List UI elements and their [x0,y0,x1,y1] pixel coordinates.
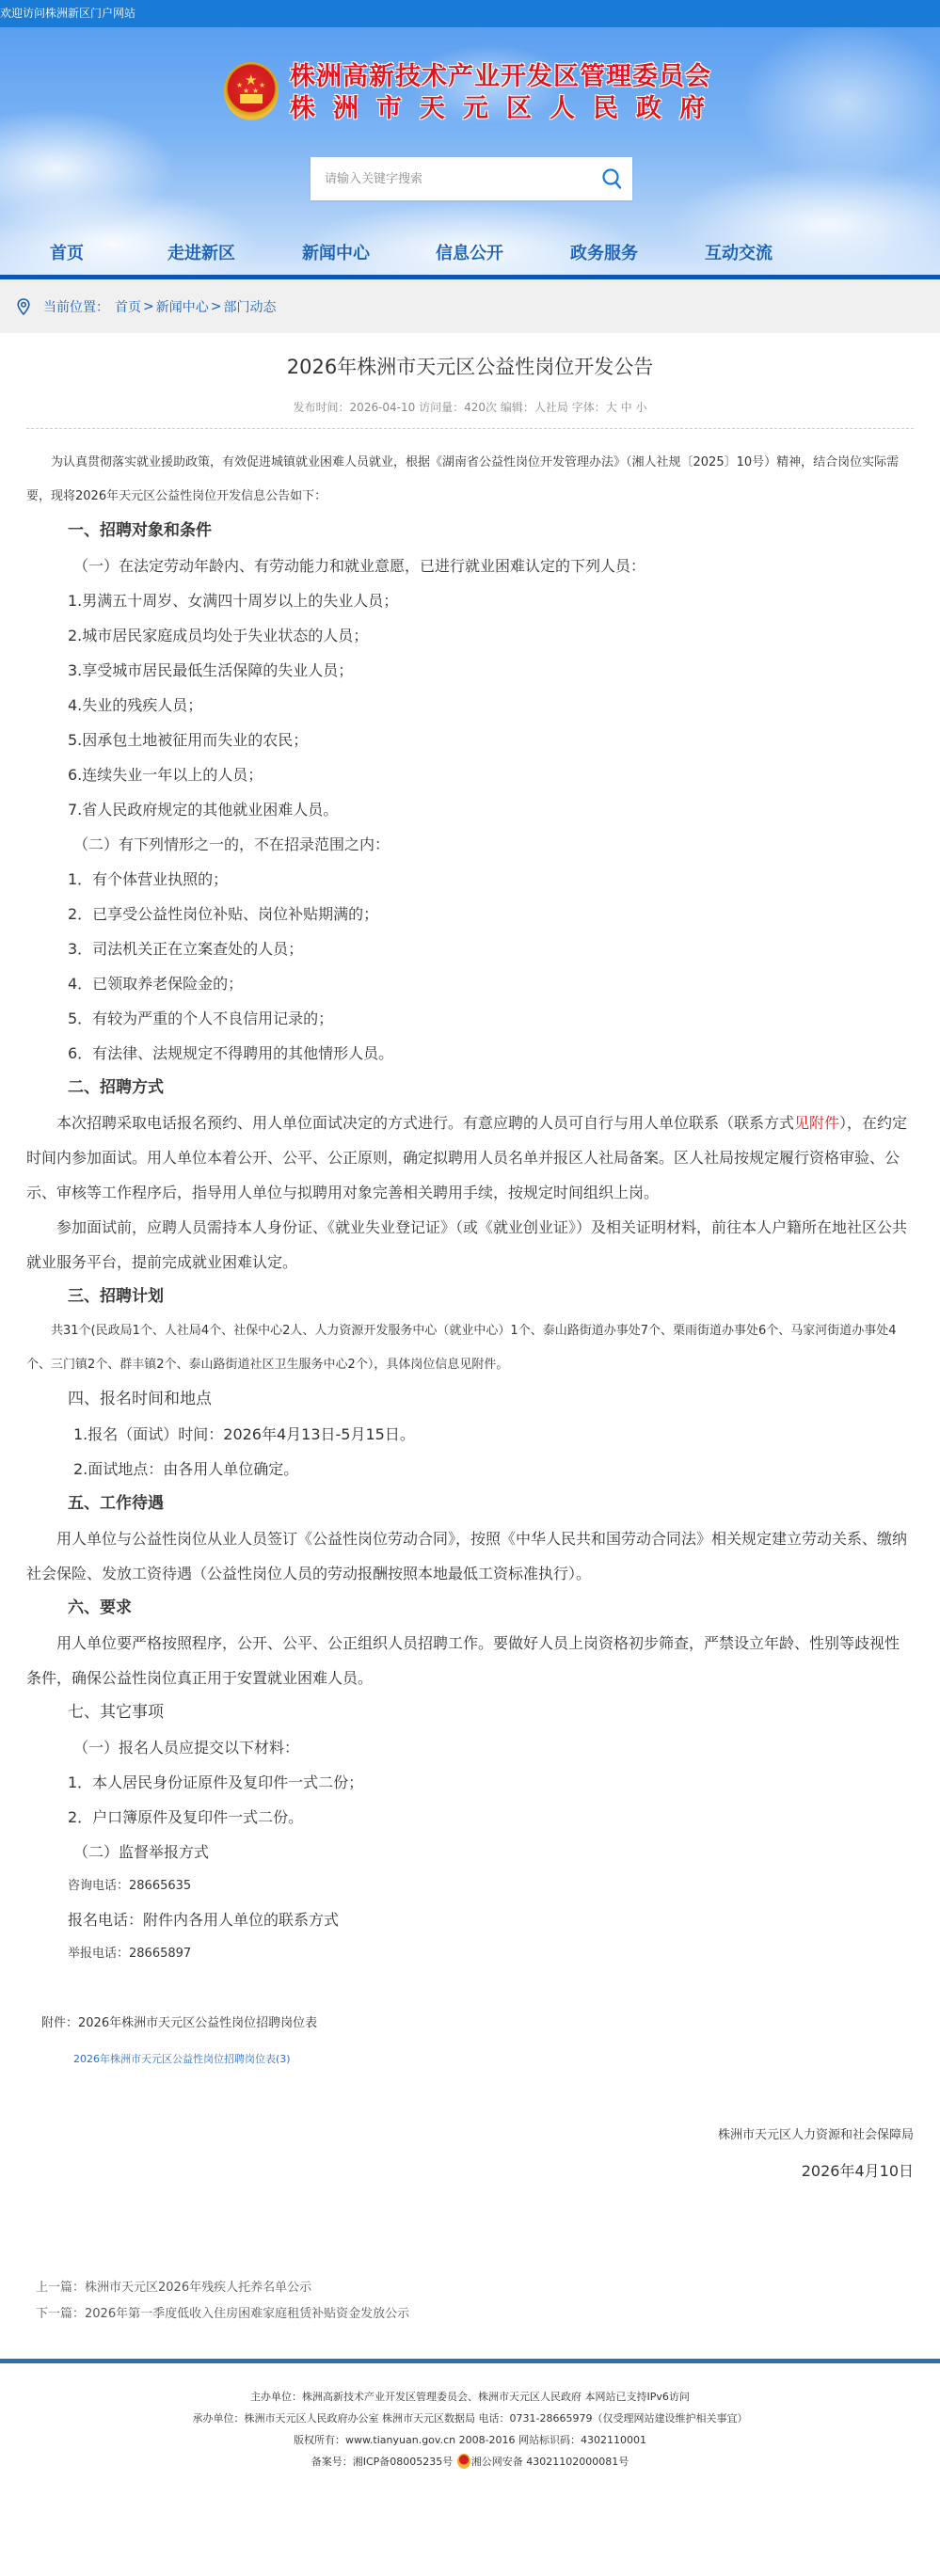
see-attachment-link[interactable]: 见附件 [794,1114,839,1132]
police-badge-icon [457,2454,470,2469]
search-icon [601,167,622,190]
section-heading: 五、工作待遇 [26,1487,914,1521]
list-item: 4.失业的残疾人员； [26,688,914,723]
article: 2026年株洲市天元区公益性岗位开发公告 发布时间：2026-04-10 访问量… [0,352,940,2328]
subsection-heading: （二）监督举报方式 [26,1835,914,1869]
views-label: 访问量： [419,401,464,414]
main-nav: 首页 走进新区 新闻中心 信息公开 政务服务 互动交流 [0,234,940,275]
list-item: 1．有个体营业执照的； [26,862,914,897]
police-filing-link[interactable]: 湘公网安备 43021102000081号 [471,2456,629,2468]
article-meta: 发布时间：2026-04-10 访问量：420次 编辑：人社局 字体：大 中 小 [26,399,914,415]
signature-org: 株洲市天元区人力资源和社会保障局 [26,2124,914,2142]
font-size-large[interactable]: 大 [606,401,617,414]
attachment-label: 附件：2026年株洲市天元区公益性岗位招聘岗位表 [26,2012,914,2030]
breadcrumb: 当前位置： 首页 > 新闻中心 > 部门动态 [0,279,940,333]
search-input[interactable] [311,157,591,200]
nav-item-about[interactable]: 走进新区 [167,240,235,264]
header-banner: ★ ★ ★ ★ ★ 株洲高新技术产业开发区管理委员会 株洲市天元区人民政府 首页… [0,27,940,275]
list-item: 1.报名（面试）时间：2026年4月13日-5月15日。 [26,1417,914,1452]
paragraph: 用人单位与公益性岗位从业人员签订《公益性岗位劳动合同》，按照《中华人民共和国劳动… [26,1521,914,1591]
list-item: 6.连续失业一年以上的人员； [26,757,914,792]
list-item: 3.享受城市居民最低生活保障的失业人员； [26,653,914,688]
editor-label: 编辑： [501,401,534,414]
footer-organizer: 承办单位：株洲市天元区人民政府办公室 株洲市天元区数据局 电话：0731-286… [0,2408,940,2429]
list-item: 2．户口簿原件及复印件一式二份。 [26,1800,914,1835]
icp-link[interactable]: 备案号：湘ICP备08005235号 [311,2456,454,2468]
breadcrumb-news[interactable]: 新闻中心 [156,297,209,316]
nav-item-gov-services[interactable]: 政务服务 [570,240,638,264]
paragraph: 参加面试前，应聘人员需持本人身份证、《就业失业登记证》（或《就业创业证》）及相关… [26,1210,914,1280]
footer-filing: 备案号：湘ICP备08005235号 湘公网安备 43021102000081号 [0,2451,940,2473]
paragraph: 用人单位要严格按照程序，公开、公平、公正组织人员招聘工作。要做好人员上岗资格初步… [26,1626,914,1695]
site-logo[interactable]: ★ ★ ★ ★ ★ 株洲高新技术产业开发区管理委员会 株洲市天元区人民政府 [224,61,723,125]
report-phone: 举报电话：28665897 [26,1937,914,1971]
signup-phone: 报名电话：附件内各用人单位的联系方式 [26,1903,914,1937]
breadcrumb-prefix: 当前位置： [43,297,109,316]
list-item: 7.省人民政府规定的其他就业困难人员。 [26,792,914,827]
font-size-small[interactable]: 小 [635,401,646,414]
location-pin-icon [17,298,30,315]
article-body: 为认真贯彻落实就业援助政策，有效促进城镇就业困难人员就业，根据《湖南省公益性岗位… [26,429,914,1971]
prev-article-link[interactable]: 上一篇：株洲市天元区2026年残疾人托养名单公示 [36,2275,914,2301]
list-item: 1．本人居民身份证原件及复印件一式二份； [26,1765,914,1800]
footer-sponsor: 主办单位：株洲高新技术产业开发区管理委员会、株洲市天元区人民政府 本网站已支持I… [0,2386,940,2408]
section-heading: 七、其它事项 [26,1695,914,1730]
footer-copyright: 版权所有：www.tianyuan.gov.cn 2008-2016 网站标识码… [0,2429,940,2451]
publish-label: 发布时间： [294,401,350,414]
consult-phone: 咨询电话：28665635 [26,1869,914,1903]
nav-item-info-disclosure[interactable]: 信息公开 [436,240,503,264]
nav-item-home[interactable]: 首页 [50,240,84,264]
list-item: 1.男满五十周岁、女满四十周岁以上的失业人员； [26,583,914,618]
view-count: 420次 [464,401,497,414]
font-size-label: 字体： [572,401,606,414]
subsection-heading: （一）报名人员应提交以下材料： [26,1730,914,1765]
breadcrumb-dept-news[interactable]: 部门动态 [223,297,276,316]
list-item: 3．司法机关正在立案查处的人员； [26,931,914,966]
list-item: 5．有较为严重的个人不良信用记录的； [26,1001,914,1036]
top-bar: 欢迎访问株洲新区门户网站 [0,0,940,27]
section-heading: 二、招聘方式 [26,1071,914,1105]
list-item: 2.面试地点：由各用人单位确定。 [26,1452,914,1487]
section-heading: 四、报名时间和地点 [26,1382,914,1417]
font-size-medium[interactable]: 中 [621,401,632,414]
section-heading: 一、招聘对象和条件 [26,514,914,549]
page-title: 2026年株洲市天元区公益性岗位开发公告 [26,352,914,382]
next-article-link[interactable]: 下一篇：2026年第一季度低收入住房困难家庭租赁补贴资金发放公示 [36,2301,914,2328]
section-heading: 三、招聘计划 [26,1280,914,1314]
site-title-line2: 株洲市天元区人民政府 [290,93,723,125]
breadcrumb-separator: > [143,299,154,314]
search-button[interactable] [591,157,632,200]
attachment-link[interactable]: 2026年株洲市天元区公益性岗位招聘岗位表(3) [26,2051,914,2066]
intro-paragraph: 为认真贯彻落实就业援助政策，有效促进城镇就业困难人员就业，根据《湖南省公益性岗位… [26,446,914,514]
paragraph: 本次招聘采取电话报名预约、用人单位面试决定的方式进行。有意应聘的人员可自行与用人… [26,1105,914,1210]
list-item: 6．有法律、法规规定不得聘用的其他情形人员。 [26,1036,914,1071]
subsection-heading: （一）在法定劳动年龄内、有劳动能力和就业意愿，已进行就业困难认定的下列人员： [26,549,914,583]
search-box [311,157,632,200]
section-heading: 六、要求 [26,1591,914,1626]
list-item: 2.城市居民家庭成员均处于失业状态的人员； [26,618,914,653]
list-item: 4．已领取养老保险金的； [26,966,914,1001]
breadcrumb-home[interactable]: 首页 [115,297,141,316]
nav-item-interaction[interactable]: 互动交流 [705,240,773,264]
editor-name: 人社局 [534,401,568,414]
publish-date: 2026-04-10 [350,401,416,414]
signature-date: 2026年4月10日 [26,2159,914,2181]
subsection-heading: （二）有下列情形之一的，不在招录范围之内： [26,827,914,862]
list-item: 2．已享受公益性岗位补贴、岗位补贴期满的； [26,897,914,931]
breadcrumb-separator: > [211,299,222,314]
paragraph: 共31个(民政局1个、人社局4个、社保中心2人、人力资源开发服务中心（就业中心）… [26,1314,914,1382]
footer: 主办单位：株洲高新技术产业开发区管理委员会、株洲市天元区人民政府 本网站已支持I… [0,2359,940,2501]
national-emblem-icon: ★ ★ ★ ★ ★ [224,62,279,124]
site-title-line1: 株洲高新技术产业开发区管理委员会 [290,61,723,93]
article-navigation: 上一篇：株洲市天元区2026年残疾人托养名单公示 下一篇：2026年第一季度低收… [26,2275,914,2328]
nav-item-news[interactable]: 新闻中心 [302,240,370,264]
welcome-text: 欢迎访问株洲新区门户网站 [0,7,135,20]
list-item: 5.因承包土地被征用而失业的农民； [26,723,914,757]
